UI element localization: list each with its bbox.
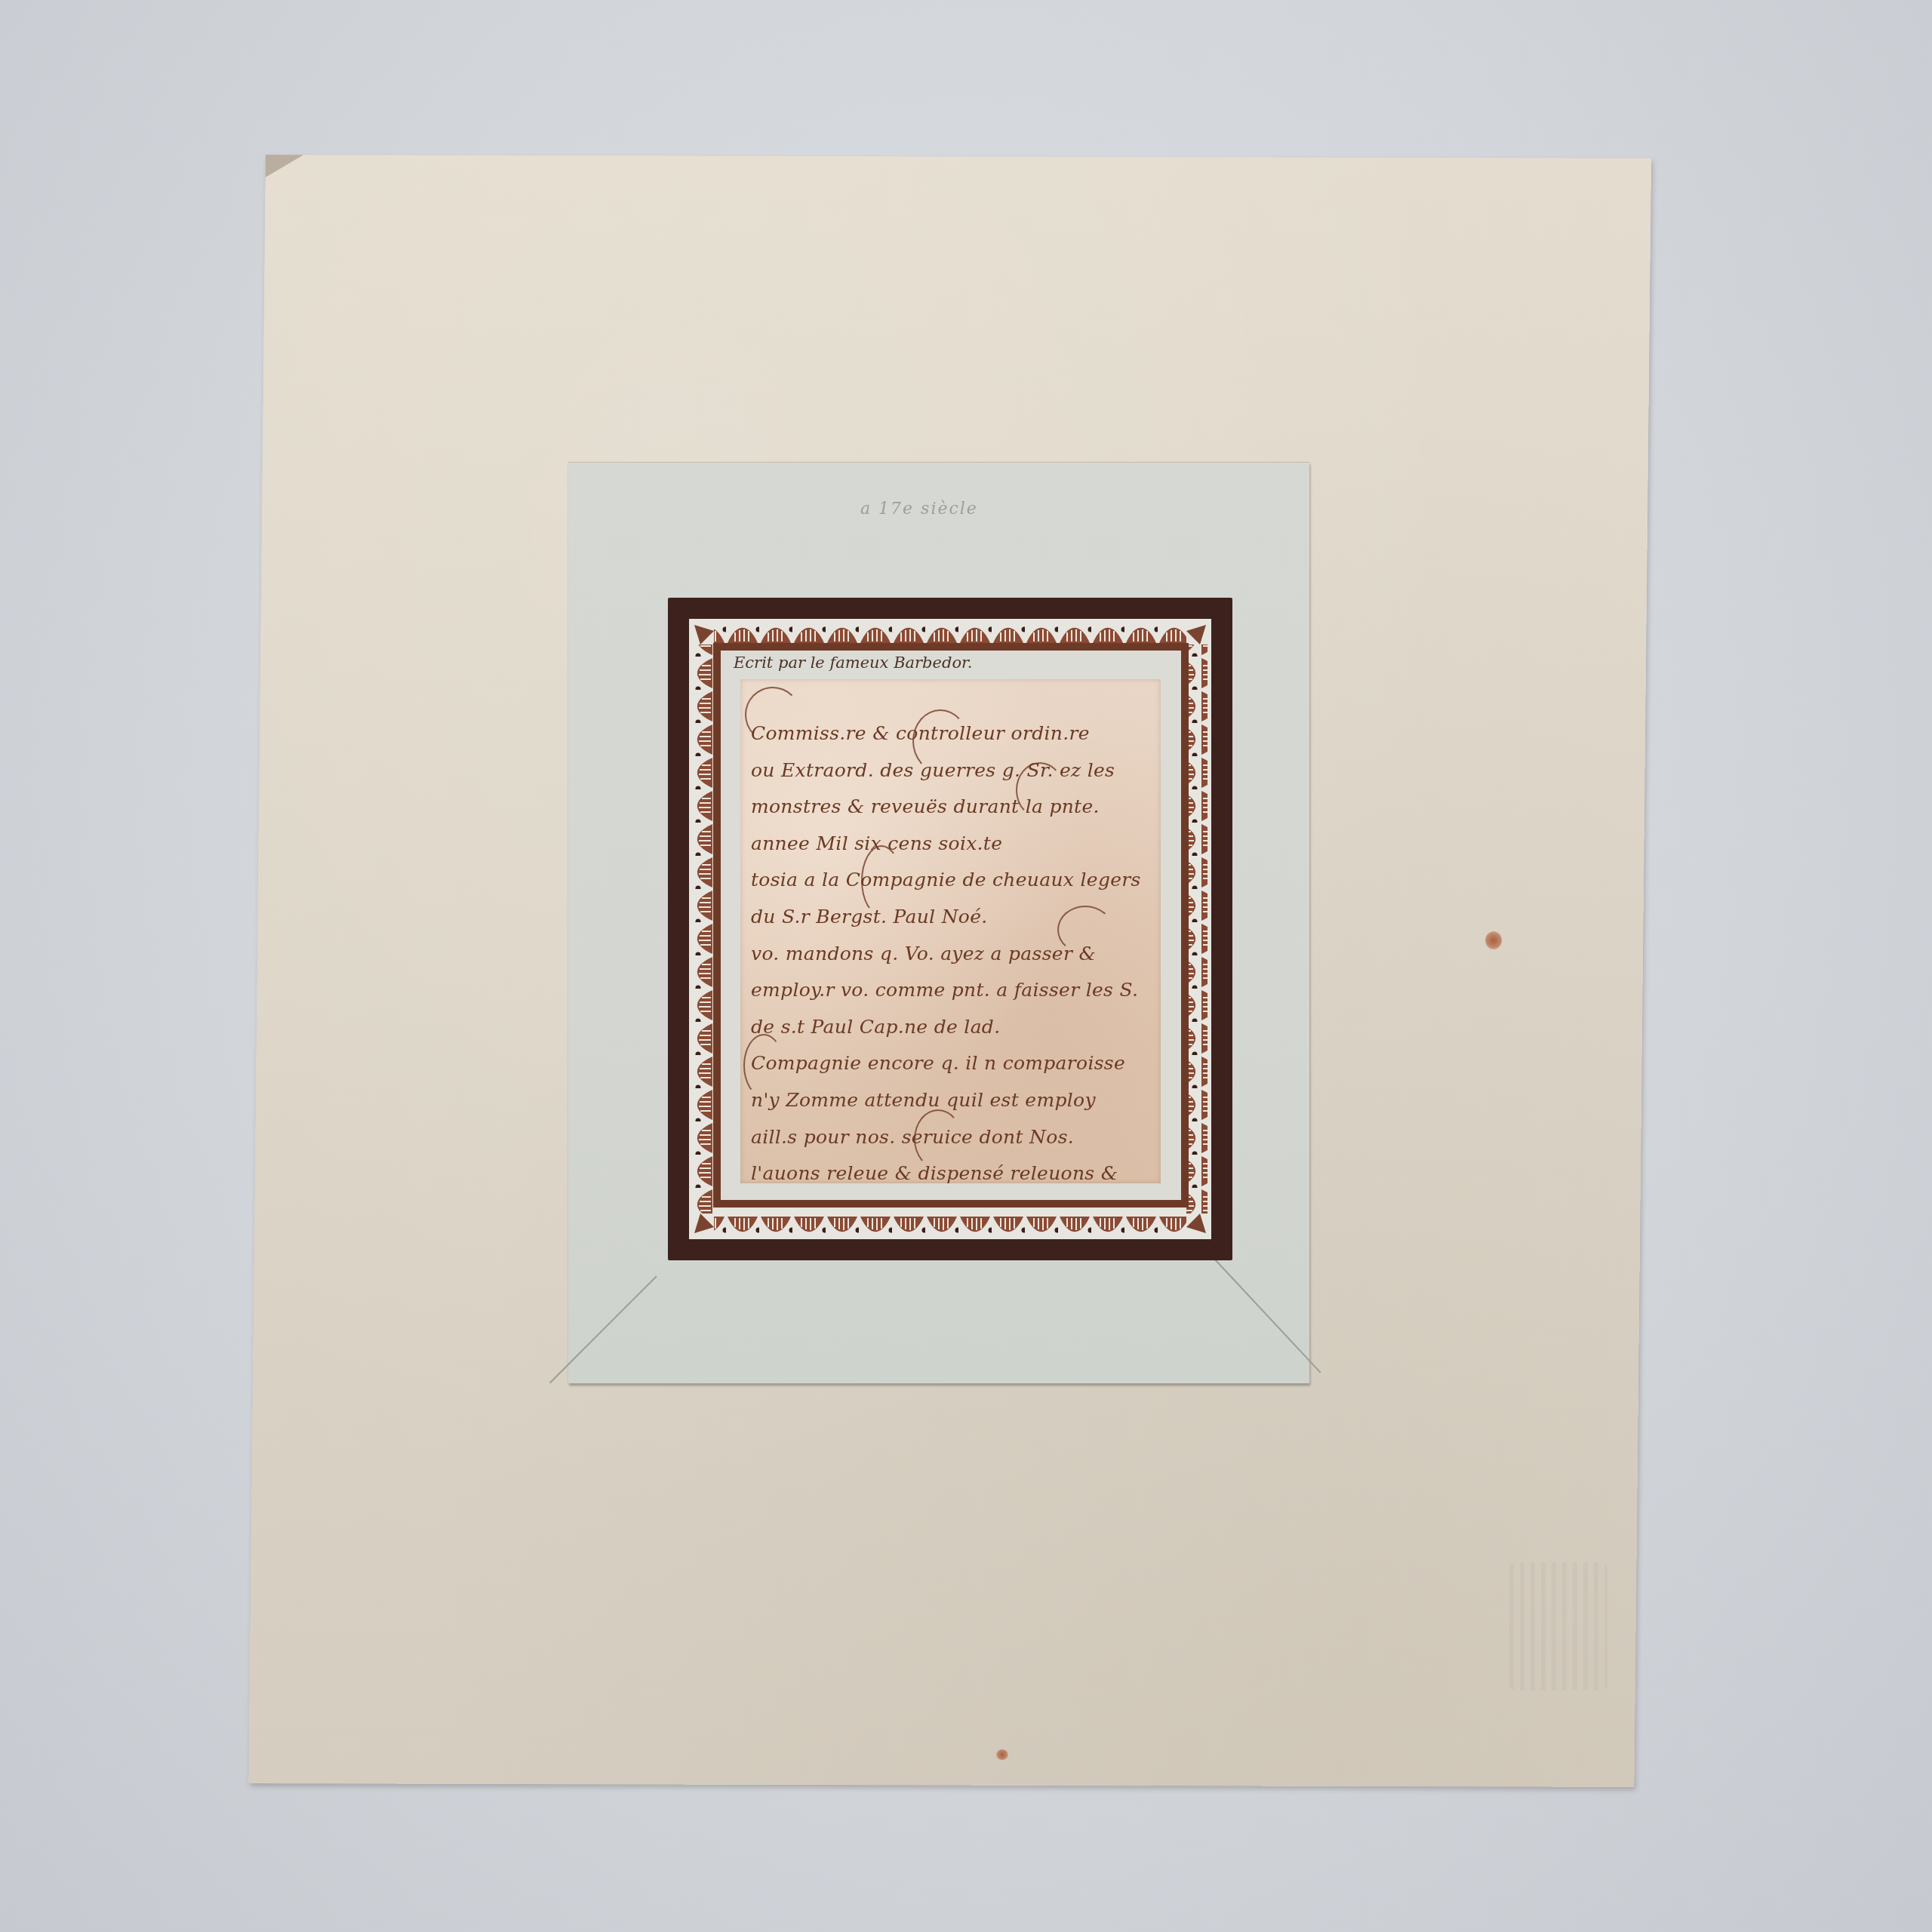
manuscript-text: Commiss.re & controlleur ordin.re ou Ext… bbox=[751, 715, 1155, 1183]
manuscript-line: Compagnie encore q. il n comparoisse bbox=[751, 1045, 1155, 1082]
pencil-note: a 17e siècle bbox=[860, 500, 1057, 522]
foxing-spot-bottom bbox=[996, 1749, 1008, 1760]
blind-stamp bbox=[1509, 1562, 1607, 1690]
manuscript-line: aill.s pour nos. seruice dont Nos. bbox=[751, 1119, 1155, 1156]
manuscript-line: Commiss.re & controlleur ordin.re bbox=[751, 715, 1155, 752]
manuscript-line: n'y Zomme attendu quil est employ bbox=[751, 1082, 1155, 1119]
manuscript-line: vo. mandons q. Vo. ayez a passer & bbox=[751, 936, 1155, 973]
manuscript-line: annee Mil six cens soix.te bbox=[751, 826, 1155, 863]
folded-corner bbox=[266, 155, 303, 177]
manuscript-line: l'auons releue & dispensé releuons & bbox=[751, 1155, 1155, 1183]
manuscript-line: tosia a la Compagnie de cheuaux legers bbox=[751, 862, 1155, 899]
manuscript-line: de s.t Paul Cap.ne de lad. bbox=[751, 1009, 1155, 1046]
manuscript-line: du S.r Bergst. Paul Noé. bbox=[751, 899, 1155, 936]
manuscript-line: employ.r vo. comme pnt. a faisser les S. bbox=[751, 972, 1155, 1009]
manuscript-line: ou Extraord. des guerres g. Sr. ez les bbox=[751, 752, 1155, 789]
manuscript-line: monstres & reveuës durant la pnte. bbox=[751, 789, 1155, 826]
foxing-spot-right bbox=[1485, 931, 1502, 949]
frame-caption: Ecrit par le fameux Barbedor. bbox=[734, 654, 1051, 676]
manuscript-fragment: Commiss.re & controlleur ordin.re ou Ext… bbox=[740, 679, 1161, 1183]
